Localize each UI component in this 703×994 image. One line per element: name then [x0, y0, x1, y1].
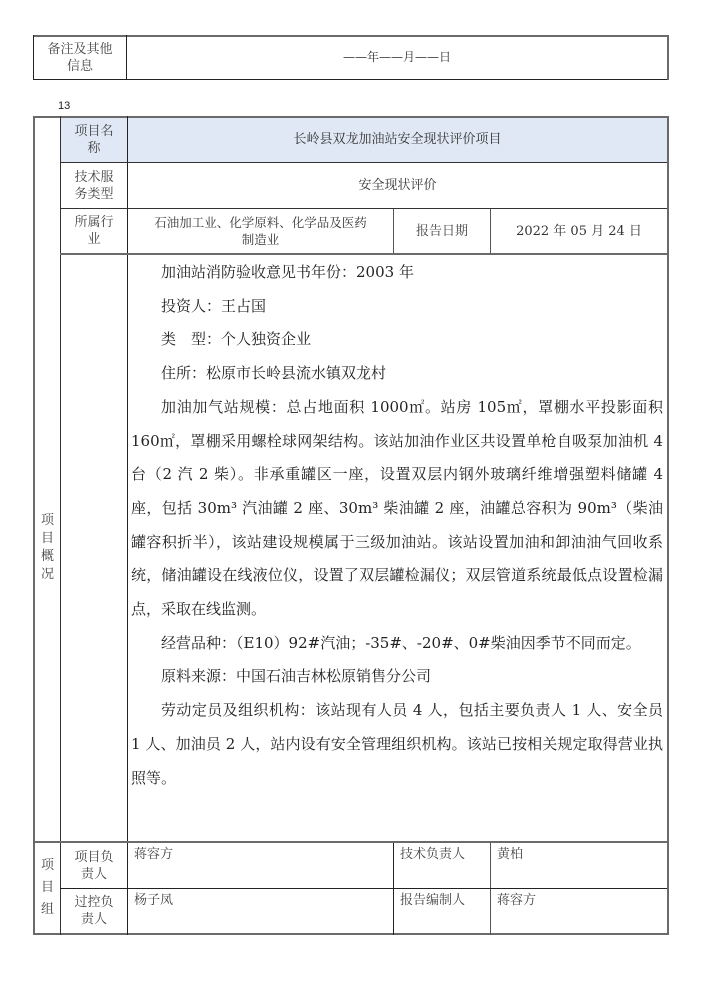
industry-label-line2: 业 [87, 231, 100, 248]
table-border-bottom [33, 79, 669, 80]
tech-lead-label-text: 技术负责人 [400, 846, 465, 863]
remarks-label-line1: 备注及其他 [47, 41, 112, 58]
report-date-text: 2022 年 05 月 24 日 [516, 223, 642, 240]
remarks-label-line2: 信息 [67, 58, 93, 75]
overview-paragraph: 经营品种：（E10）92#汽油；-35#、-20#、0#柴油因季节不同而定。 [131, 627, 663, 661]
service-type-label: 技术服 务类型 [61, 163, 127, 208]
process-lead-value: 杨子凤 [128, 889, 393, 933]
team-label-char-2: 目 [41, 877, 54, 899]
team-label-char-1: 项 [41, 855, 54, 877]
project-lead-text: 蒋容方 [134, 846, 173, 863]
overview-label-char-2: 目 [41, 530, 54, 548]
process-lead-label-line2: 责人 [81, 911, 107, 928]
project-lead-label-line2: 责人 [81, 866, 107, 883]
service-type-text: 安全现状评价 [358, 177, 436, 194]
date-placeholder: ——年——月——日 [343, 49, 451, 66]
report-date-label-text: 报告日期 [416, 223, 468, 240]
remarks-table: 备注及其他 信息 ——年——月——日 [33, 35, 669, 80]
overview-label-char-3: 概 [41, 548, 54, 566]
remarks-label: 备注及其他 信息 [34, 36, 126, 79]
industry-label-line1: 所属行 [74, 214, 113, 231]
project-name-text: 长岭县双龙加油站安全现状评价项目 [293, 131, 501, 148]
overview-paragraph: 劳动定员及组织机构：该站现有人员 4 人，包括主要负责人 1 人、安全员 1 人… [131, 694, 663, 795]
page-number: 13 [58, 100, 70, 112]
team-section-label: 项 目 组 [35, 843, 60, 933]
project-name-label-line2: 称 [87, 140, 100, 157]
project-name-label: 项目名 称 [61, 117, 127, 162]
industry-value-line1: 石油加工业、化学原料、化学品及医药 [154, 214, 367, 231]
table-border-bottom [33, 933, 669, 935]
tech-lead-value: 黄柏 [491, 843, 667, 888]
industry-value: 石油加工业、化学原料、化学品及医药 制造业 [128, 209, 393, 253]
overview-paragraph: 加油加气站规模：总占地面积 1000㎡。站房 105㎡，罩棚水平投影面积 160… [131, 391, 663, 627]
project-name-value: 长岭县双龙加油站安全现状评价项目 [128, 117, 667, 162]
overview-paragraph: 投资人：王占国 [131, 290, 663, 324]
overview-paragraph: 住所：松原市长岭县流水镇双龙村 [131, 357, 663, 391]
industry-value-line2: 制造业 [242, 231, 280, 248]
overview-content: 加油站消防验收意见书年份：2003 年 投资人：王占国 类 型：个人独资企业 住… [127, 256, 667, 795]
project-lead-label: 项目负 责人 [61, 843, 127, 888]
table-border-right [667, 116, 669, 935]
service-type-value: 安全现状评价 [128, 163, 667, 208]
overview-label-char-1: 项 [41, 512, 54, 530]
report-date-label: 报告日期 [394, 209, 490, 253]
overview-section-label: 项 目 概 况 [35, 255, 60, 841]
process-lead-text: 杨子凤 [134, 892, 173, 909]
process-lead-label-line1: 过控负 [74, 894, 113, 911]
overview-paragraph: 原料来源：中国石油吉林松原销售分公司 [131, 660, 663, 694]
process-lead-label: 过控负 责人 [61, 889, 127, 933]
service-type-label-line1: 技术服 [74, 169, 113, 186]
table-border-right [667, 35, 669, 80]
report-author-label-text: 报告编制人 [400, 892, 465, 909]
report-author-label: 报告编制人 [394, 889, 490, 933]
team-label-char-3: 组 [41, 899, 54, 921]
industry-label: 所属行 业 [61, 209, 127, 253]
tech-lead-label: 技术负责人 [394, 843, 490, 888]
overview-paragraph: 加油站消防验收意见书年份：2003 年 [131, 256, 663, 290]
project-lead-value: 蒋容方 [128, 843, 393, 888]
project-name-label-line1: 项目名 [74, 123, 113, 140]
tech-lead-text: 黄柏 [497, 846, 523, 863]
service-type-label-line2: 务类型 [74, 186, 113, 203]
report-author-text: 蒋容方 [497, 892, 536, 909]
report-author-value: 蒋容方 [491, 889, 667, 933]
overview-paragraph: 类 型：个人独资企业 [131, 323, 663, 357]
project-lead-label-line1: 项目负 [74, 849, 113, 866]
report-date-value: 2022 年 05 月 24 日 [491, 209, 667, 253]
overview-label-char-4: 况 [41, 566, 54, 584]
row-divider-3 [60, 253, 667, 255]
remarks-date-value: ——年——月——日 [127, 36, 667, 79]
